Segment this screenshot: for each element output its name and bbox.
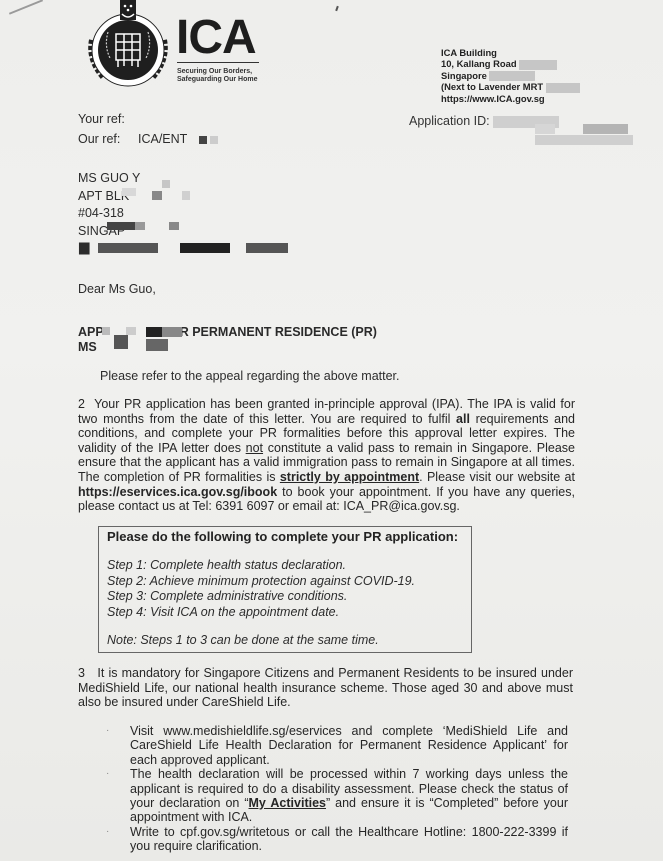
step-item: Step 1: Complete health status declarati… [107, 558, 463, 574]
list-item: ·The health declaration will be processe… [106, 767, 568, 825]
reference-block: Your ref: Our ref:ICA/ENT [78, 109, 218, 149]
paragraph-number: 3 [78, 666, 85, 680]
subject-name-prefix: MS [78, 340, 97, 354]
paragraph-3: 3 It is mandatory for Singapore Citizens… [78, 666, 573, 710]
paragraph-number: 2 [78, 397, 85, 411]
paragraph-2: 2 Your PR application has been granted i… [78, 397, 575, 514]
ica-crest-icon [82, 0, 174, 92]
logo-divider [177, 62, 259, 63]
redaction [122, 188, 212, 206]
bullet-icon: · [106, 767, 109, 781]
address-line: Singapore [441, 70, 487, 81]
pencil-mark [9, 0, 43, 15]
my-activities-link[interactable]: My Activities [249, 796, 326, 810]
steps-box: Please do the following to complete your… [98, 526, 472, 653]
ica-logo-text: ICA [176, 14, 256, 62]
our-ref-value: ICA/ENT [138, 132, 187, 146]
address-line: (Next to Lavender MRT [441, 81, 543, 92]
subject-start: APP [78, 325, 104, 339]
ica-tagline: Securing Our Borders, Safeguarding Our H… [177, 68, 258, 84]
your-ref-label: Your ref: [78, 109, 138, 129]
ibook-link[interactable]: https://eservices.ica.gov.sg/ibook [78, 485, 277, 499]
list-item: ·Write to cpf.gov.sg/writetous or call t… [106, 825, 568, 854]
ica-address: ICA Building 10, Kallang Road Singapore … [441, 47, 580, 104]
steps-title: Please do the following to complete your… [107, 529, 463, 544]
redaction [489, 71, 535, 81]
tagline-line-1: Securing Our Borders, [177, 68, 258, 76]
redaction [199, 136, 207, 144]
paragraph-1: Please refer to the appeal regarding the… [100, 369, 400, 383]
redaction [98, 243, 288, 255]
salutation: Dear Ms Guo, [78, 282, 156, 296]
steps-note: Note: Steps 1 to 3 can be done at the sa… [107, 633, 463, 647]
redaction [519, 60, 557, 70]
address-line: 10, Kallang Road [441, 58, 517, 69]
step-item: Step 3: Complete administrative conditio… [107, 589, 463, 605]
redaction [102, 327, 182, 357]
appointment-emphasis: strictly by appointment [280, 470, 419, 484]
redaction [107, 222, 197, 234]
redaction [210, 136, 218, 144]
application-id-label: Application ID: [409, 114, 490, 128]
address-line: ICA Building [441, 47, 497, 58]
bullet-list: ·Visit www.medishieldlife.sg/eservices a… [106, 724, 568, 854]
pen-mark [335, 6, 339, 11]
recipient-unit: #04-318 [78, 205, 140, 223]
step-item: Step 4: Visit ICA on the appointment dat… [107, 605, 463, 621]
ica-website: https://www.ICA.gov.sg [441, 93, 545, 104]
redaction [546, 83, 580, 93]
bullet-icon: · [106, 825, 109, 839]
redaction [535, 124, 633, 146]
step-item: Step 2: Achieve minimum protection again… [107, 574, 463, 590]
bullet-icon: · [106, 724, 109, 738]
recipient-name: MS GUO Y [78, 170, 140, 188]
subject-end: R PERMANENT RESIDENCE (PR) [180, 325, 377, 339]
our-ref-label: Our ref: [78, 129, 138, 149]
list-item: ·Visit www.medishieldlife.sg/eservices a… [106, 724, 568, 767]
tagline-line-2: Safeguarding Our Home [177, 76, 258, 84]
